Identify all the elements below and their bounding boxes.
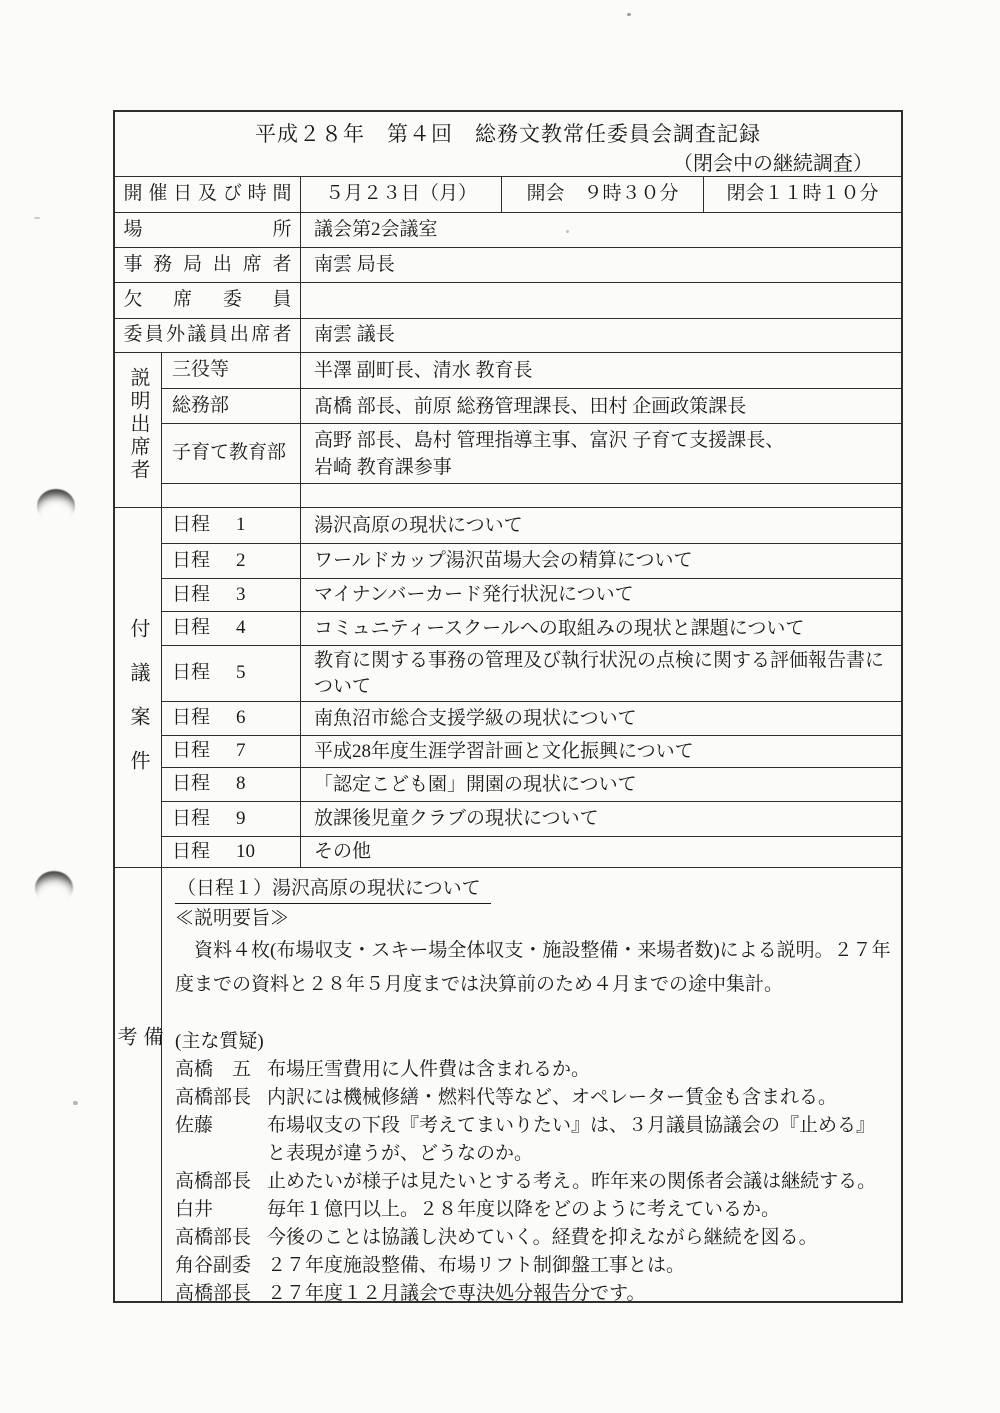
agenda-item-no: 7 <box>236 739 246 764</box>
qa-row: 高橋 五 布場圧雪費用に人件費は含まれるか。 <box>175 1056 893 1084</box>
secretariat-label: 事務局出席者 <box>124 253 292 278</box>
agenda-item-no: 2 <box>236 549 246 574</box>
agenda-item-no: 5 <box>236 661 246 686</box>
dept-name: 総務部 <box>162 389 300 423</box>
schedule-open-time: 開会 ９時３０分 <box>501 177 703 212</box>
punch-hole-bottom <box>35 871 73 905</box>
agenda-row: 日程5 教育に関する事務の管理及び執行状況の点検に関する評価報告書に ついて <box>162 645 901 701</box>
qa-text: ２７年度施設整備、布場リフト制御盤工事とは。 <box>267 1252 893 1280</box>
schedule-close-time: 閉会１１時１０分 <box>703 177 901 212</box>
agenda-topic: ワールドカップ湯沢苗場大会の精算について <box>300 544 901 578</box>
agenda-row: 日程6 南魚沼市総合支援学級の現状について <box>162 701 901 735</box>
dept-name: 子育て教育部 <box>162 424 300 483</box>
explainers-section: 説明出席者 三役等 半澤 副町長、清水 教育長 総務部 髙橋 部長、前原 総務管… <box>115 352 901 507</box>
agenda-topic: 放課後児童クラブの現状について <box>300 802 901 836</box>
agenda-topic: 平成28年度生涯学習計画と文化振興について <box>300 736 901 767</box>
qa-row: 高橋部長 止めたいが様子は見たいとする考え。昨年来の関係者会議は継続する。 <box>175 1168 893 1196</box>
qa-text: 止めたいが様子は見たいとする考え。昨年来の関係者会議は継続する。 <box>267 1168 893 1196</box>
secretariat-value: 南雲 局長 <box>300 248 901 282</box>
agenda-row: 日程7 平成28年度生涯学習計画と文化振興について <box>162 735 901 767</box>
agenda-row: 日程4 コミュニティースクールへの取組みの現状と課題について <box>162 611 901 645</box>
agenda-item-label: 日程 <box>172 840 210 865</box>
explainer-row: 総務部 髙橋 部長、前原 総務管理課長、田村 企画政策課長 <box>162 388 901 423</box>
row-secretariat: 事務局出席者 南雲 局長 <box>115 247 901 282</box>
qa-text: 布場収支の下段『考えてまいりたい』は、３月議員協議会の『止める』と表現が違うが、… <box>267 1112 893 1168</box>
qa-speaker: 白井 <box>175 1196 267 1224</box>
agenda-item-label: 日程 <box>172 549 210 574</box>
qa-speaker: 角谷副委 <box>175 1252 267 1280</box>
agenda-row: 日程9 放課後児童クラブの現状について <box>162 801 901 836</box>
qa-speaker: 佐藤 <box>175 1112 267 1168</box>
qa-row: 高橋部長 内訳には機械修繕・燃料代等など、オペレーター賃金も含まれる。 <box>175 1084 893 1112</box>
agenda-item-label: 日程 <box>172 706 210 731</box>
dept-name <box>162 484 300 507</box>
punch-hole-top <box>37 489 75 523</box>
agenda-item-label: 日程 <box>172 739 210 764</box>
agenda-item-label: 日程 <box>172 583 210 608</box>
absent-members-value <box>300 283 901 318</box>
qa-row: 高橋部長 今後のことは協議し決めていく。経費を抑えながら継続を図る。 <box>175 1224 893 1252</box>
dept-members <box>300 484 901 507</box>
qa-speaker: 高橋部長 <box>175 1084 267 1112</box>
agenda-item-no: 9 <box>236 807 246 832</box>
agenda-item-no: 4 <box>236 616 246 641</box>
agenda-row: 日程8 「認定こども園」開園の現状について <box>162 767 901 801</box>
scan-speck <box>34 217 40 219</box>
agenda-row: 日程2 ワールドカップ湯沢苗場大会の精算について <box>162 543 901 578</box>
place-label: 場所 <box>124 218 292 243</box>
agenda-item-label: 日程 <box>172 661 210 686</box>
qa-speaker: 高橋部長 <box>175 1224 267 1252</box>
agenda-topic: その他 <box>300 837 901 867</box>
agenda-item-label: 日程 <box>172 807 210 832</box>
remarks-group-label: 備考 <box>112 868 164 1303</box>
agenda-topic: 教育に関する事務の管理及び執行状況の点検に関する評価報告書に ついて <box>300 646 901 701</box>
summary-body: 資料４枚(布場収支・スキー場全体収支・施設整備・来場者数)による説明。２７年 度… <box>175 934 893 1002</box>
summary-title: ≪説明要旨≫ <box>175 904 893 934</box>
scan-speck <box>627 13 631 16</box>
agenda-item-label: 日程 <box>172 772 210 797</box>
non-member-label: 委員外議員出席者 <box>124 323 292 348</box>
agenda-row: 日程1 湯沢高原の現状について <box>162 508 901 543</box>
explainer-row: 三役等 半澤 副町長、清水 教育長 <box>162 353 901 388</box>
agenda-item-no: 3 <box>236 583 246 608</box>
doc-subtitle: （閉会中の継続調査） <box>115 148 901 177</box>
explainer-row: 子育て教育部 高野 部長、島村 管理指導主事、富沢 子育て支援課長、 岩崎 教育… <box>162 423 901 483</box>
page: { "colors": { "paper": "#fbfbfa", "ink":… <box>0 0 1000 1413</box>
qa-text: 布場圧雪費用に人件費は含まれるか。 <box>267 1056 893 1084</box>
schedule-row: 開催日及び時間 ５月２３日（月） 開会 ９時３０分 閉会１１時１０分 <box>115 176 901 212</box>
row-place: 場所 議会第2会議室 <box>115 212 901 247</box>
agenda-item-label: 日程 <box>172 616 210 641</box>
agenda-topic: コミュニティースクールへの取組みの現状と課題について <box>300 612 901 645</box>
qa-row: 高橋部長 ２７年度１２月議会で専決処分報告分です。 <box>175 1280 893 1308</box>
row-non-member-attendees: 委員外議員出席者 南雲 議長 <box>115 318 901 352</box>
row-absent-members: 欠席委員 <box>115 282 901 318</box>
explainer-row-empty <box>162 483 901 507</box>
agenda-item-no: 6 <box>236 706 246 731</box>
qa-text: ２７年度１２月議会で専決処分報告分です。 <box>267 1280 893 1308</box>
doc-title: 平成２８年 第４回 総務文教常任委員会調査記録 <box>115 112 901 148</box>
agenda-item-label: 日程 <box>172 513 210 538</box>
agenda-section: 付議案件 日程1 湯沢高原の現状について 日程2 ワールドカップ湯沢苗場大会の精… <box>115 507 901 867</box>
qa-row: 白井 毎年１億円以上。２８年度以降をどのように考えているか。 <box>175 1196 893 1224</box>
place-value: 議会第2会議室 <box>300 213 901 247</box>
schedule-date: ５月２３日（月） <box>300 177 501 212</box>
qa-speaker: 高橋部長 <box>175 1280 267 1308</box>
remarks-section: 備考 （日程１）湯沢高原の現状について ≪説明要旨≫ 資料４枚(布場収支・スキー… <box>115 867 901 1303</box>
qa-title: (主な質疑) <box>175 1028 893 1056</box>
qa-text: 毎年１億円以上。２８年度以降をどのように考えているか。 <box>267 1196 893 1224</box>
non-member-value: 南雲 議長 <box>300 319 901 352</box>
dept-members: 髙橋 部長、前原 総務管理課長、田村 企画政策課長 <box>300 389 901 423</box>
dept-members: 半澤 副町長、清水 教育長 <box>300 353 901 388</box>
agenda-row: 日程3 マイナンバーカード発行状況について <box>162 578 901 611</box>
qa-speaker: 高橋部長 <box>175 1168 267 1196</box>
agenda-item-no: 10 <box>236 840 255 865</box>
dept-members: 高野 部長、島村 管理指導主事、富沢 子育て支援課長、 岩崎 教育課参事 <box>300 424 901 483</box>
qa-speaker: 高橋 五 <box>175 1056 267 1084</box>
title-row: 平成２８年 第４回 総務文教常任委員会調査記録 （閉会中の継続調査） <box>115 112 901 176</box>
qa-row: 佐藤 布場収支の下段『考えてまいりたい』は、３月議員協議会の『止める』と表現が違… <box>175 1112 893 1168</box>
qa-row: 角谷副委 ２７年度施設整備、布場リフト制御盤工事とは。 <box>175 1252 893 1280</box>
absent-members-label: 欠席委員 <box>124 288 292 313</box>
explainers-group-label: 説明出席者 <box>125 353 151 507</box>
agenda-topic: 「認定こども園」開園の現状について <box>300 768 901 801</box>
agenda-topic: マイナンバーカード発行状況について <box>300 579 901 611</box>
meeting-record-table: 平成２８年 第４回 総務文教常任委員会調査記録 （閉会中の継続調査） 開催日及び… <box>113 110 903 1303</box>
dept-name: 三役等 <box>162 353 300 388</box>
agenda-topic: 湯沢高原の現状について <box>300 508 901 543</box>
agenda-item-no: 8 <box>236 772 246 797</box>
qa-text: 今後のことは協議し決めていく。経費を抑えながら継続を図る。 <box>267 1224 893 1252</box>
schedule-label: 開催日及び時間 <box>124 182 292 207</box>
agenda-group-label: 付議案件 <box>125 508 151 867</box>
schedule-label-cell: 開催日及び時間 <box>115 177 300 212</box>
scan-speck <box>73 1101 78 1105</box>
agenda-row: 日程10 その他 <box>162 836 901 867</box>
qa-text: 内訳には機械修繕・燃料代等など、オペレーター賃金も含まれる。 <box>267 1084 893 1112</box>
remarks-heading: （日程１）湯沢高原の現状について <box>175 876 491 904</box>
agenda-topic: 南魚沼市総合支援学級の現状について <box>300 702 901 735</box>
agenda-item-no: 1 <box>236 513 246 538</box>
